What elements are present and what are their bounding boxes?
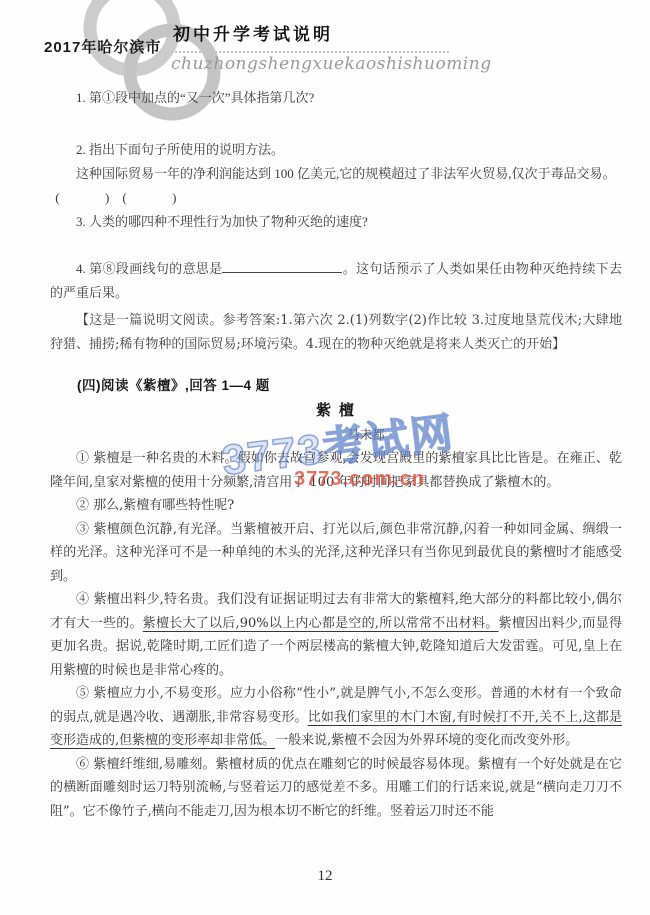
page-body: 1. 第①段中加点的“又一次”具体指第几次? 2. 指出下面句子所使用的说明方法… (50, 86, 622, 823)
edition-year-city: 2017年哈尔滨市 (44, 36, 161, 57)
page-number: 12 (0, 868, 650, 885)
question-2-answer-blanks: ( ) ( ) (50, 186, 622, 210)
essay-title: 紫 檀 (50, 399, 622, 423)
booklet-title-pinyin: chuzhongshengxuekaoshishuoming (171, 54, 492, 74)
document-page: 2017年哈尔滨市 初中升学考试说明 chuzhongshengxuekaosh… (0, 0, 650, 915)
section-4-heading: (四)阅读《紫檀》,回答 1—4 题 (50, 374, 622, 398)
essay-author: 马未都 (50, 423, 622, 447)
question-2: 2. 指出下面句子所使用的说明方法。 (50, 138, 622, 162)
question-2-sentence: 这种国际贸易一年的净利润能达到 100 亿美元,它的规模超过了非法军火贸易,仅次… (50, 162, 622, 186)
essay-paragraph-2: ② 那么,紫檀有哪些特性呢? (50, 494, 622, 518)
reference-answer-note: 【这是一篇说明文阅读。参考答案:1.第六次 2.(1)列数字(2)作比较 3.过… (50, 309, 622, 357)
essay-paragraph-1: ① 紫檀是一种名贵的木料。假如你去故宫参观,会发现宫殿里的紫檀家具比比皆是。在雍… (50, 447, 622, 494)
essay-paragraph-6: ⑥ 紫檀纤维细,易雕刻。紫檀材质的优点在雕刻它的时候最容易体现。紫檀有一个好处就… (50, 753, 622, 824)
answer-blank (222, 260, 342, 273)
booklet-title: 初中升学考试说明 (173, 20, 333, 45)
question-3: 3. 人类的哪四种不理性行为加快了物种灭绝的速度? (50, 210, 622, 234)
essay-zitan: 紫 檀 马未都 ① 紫檀是一种名贵的木料。假如你去故宫参观,会发现宫殿里的紫檀家… (50, 399, 622, 823)
question-4: 4. 第⑧段画线句的意思是。这句话预示了人类如果任由物种灭绝持续下去的严重后果。 (50, 257, 622, 305)
masthead-dotted-rule (171, 51, 449, 53)
essay-paragraph-5: ⑤ 紫檀应力小,不易变形。应力小俗称“性小”,就是脾气小,不怎么变形。普通的木材… (50, 682, 622, 753)
essay-paragraph-3: ③ 紫檀颜色沉静,有光泽。当紫檀被开启、打光以后,颜色非常沉静,闪着一种如同金属… (50, 518, 622, 589)
question-1: 1. 第①段中加点的“又一次”具体指第几次? (50, 86, 622, 110)
essay-paragraph-4: ④ 紫檀出料少,特名贵。我们没有证据证明过去有非常大的紫檀料,绝大部分的料都比较… (50, 588, 622, 682)
